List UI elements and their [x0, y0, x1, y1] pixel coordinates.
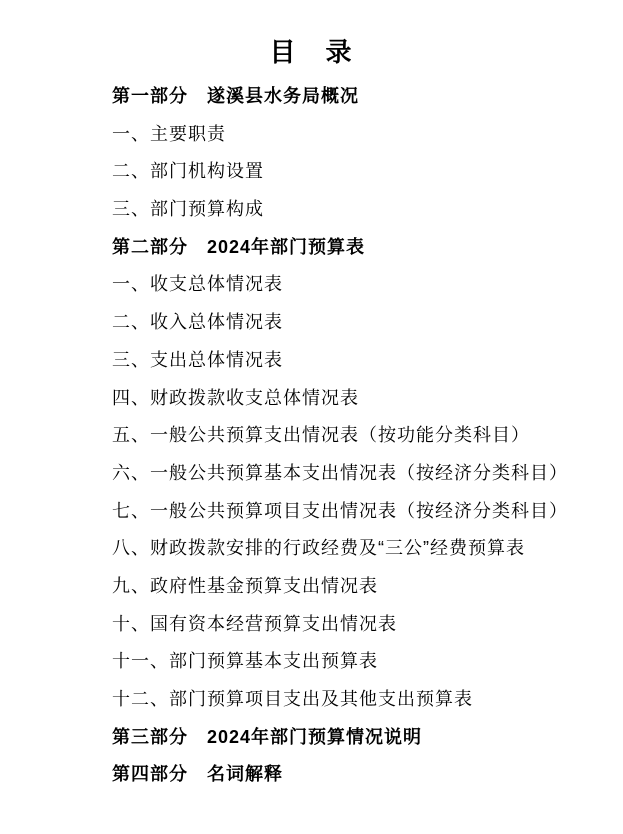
toc-entry: 三、部门预算构成 — [112, 191, 593, 229]
toc-section-heading: 第一部分 遂溪县水务局概况 — [112, 78, 593, 116]
table-of-contents: 第一部分 遂溪县水务局概况 一、主要职责 二、部门机构设置 三、部门预算构成 第… — [112, 78, 593, 794]
toc-entry: 五、一般公共预算支出情况表（按功能分类科目） — [112, 417, 593, 455]
toc-section-heading: 第二部分 2024年部门预算表 — [112, 229, 593, 267]
toc-entry: 一、收支总体情况表 — [112, 266, 593, 304]
toc-entry: 十一、部门预算基本支出预算表 — [112, 643, 593, 681]
toc-entry: 九、政府性基金预算支出情况表 — [112, 568, 593, 606]
toc-section-heading: 第四部分 名词解释 — [112, 756, 593, 794]
toc-section-heading: 第三部分 2024年部门预算情况说明 — [112, 719, 593, 757]
toc-entry: 二、部门机构设置 — [112, 153, 593, 191]
document-page: 目 录 第一部分 遂溪县水务局概况 一、主要职责 二、部门机构设置 三、部门预算… — [0, 0, 623, 834]
toc-entry: 一、主要职责 — [112, 116, 593, 154]
toc-entry: 六、一般公共预算基本支出情况表（按经济分类科目） — [112, 455, 593, 493]
toc-entry: 十二、部门预算项目支出及其他支出预算表 — [112, 681, 593, 719]
toc-entry: 二、收入总体情况表 — [112, 304, 593, 342]
document-title: 目 录 — [0, 36, 623, 69]
toc-entry: 八、财政拨款安排的行政经费及“三公”经费预算表 — [112, 530, 593, 568]
toc-entry: 四、财政拨款收支总体情况表 — [112, 380, 593, 418]
toc-entry: 三、支出总体情况表 — [112, 342, 593, 380]
toc-entry: 十、国有资本经营预算支出情况表 — [112, 606, 593, 644]
toc-entry: 七、一般公共预算项目支出情况表（按经济分类科目） — [112, 493, 593, 531]
